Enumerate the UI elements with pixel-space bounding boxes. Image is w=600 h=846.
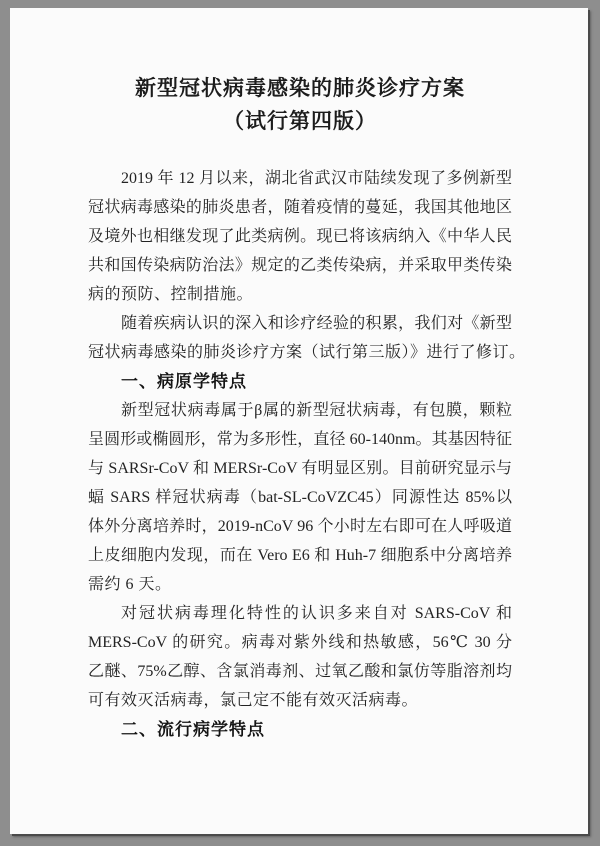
scanned-page: 新型冠状病毒感染的肺炎诊疗方案 （试行第四版） 2019 年 12 月以来，湖北…: [10, 8, 588, 834]
text-line: 上皮细胞内发现，而在 Vero E6 和 Huh-7 细胞系中分离培养: [88, 541, 512, 570]
text-line: 蝠 SARS 样冠状病毒（bat-SL-CoVZC45）同源性达 85%以上。: [88, 483, 512, 512]
text-line: 冠状病毒感染的肺炎诊疗方案（试行第三版）》进行了修订。: [88, 338, 512, 367]
text-line: 与 SARSr-CoV 和 MERSr-CoV 有明显区别。目前研究显示与蝙: [88, 454, 512, 483]
text-line: 冠状病毒感染的肺炎患者，随着疫情的蔓延，我国其他地区: [88, 193, 512, 222]
section-heading: 一、病原学特点: [88, 367, 512, 396]
section-heading: 二、流行病学特点: [88, 715, 512, 744]
title-line-1: 新型冠状病毒感染的肺炎诊疗方案: [88, 72, 512, 105]
document-content: 新型冠状病毒感染的肺炎诊疗方案 （试行第四版） 2019 年 12 月以来，湖北…: [88, 8, 512, 744]
text-line: 可有效灭活病毒，氯己定不能有效灭活病毒。: [88, 686, 512, 715]
text-line: 对冠状病毒理化特性的认识多来自对 SARS-CoV 和: [88, 599, 512, 628]
text-line: 2019 年 12 月以来，湖北省武汉市陆续发现了多例新型: [88, 164, 512, 193]
text-line: MERS-CoV 的研究。病毒对紫外线和热敏感，56℃ 30 分钟、: [88, 628, 512, 657]
text-line: 新型冠状病毒属于β属的新型冠状病毒，有包膜，颗粒: [88, 396, 512, 425]
text-line: 体外分离培养时，2019-nCoV 96 个小时左右即可在人呼吸道: [88, 512, 512, 541]
text-line: 随着疾病认识的深入和诊疗经验的积累，我们对《新型: [88, 309, 512, 338]
text-line: 病的预防、控制措施。: [88, 280, 512, 309]
document-title: 新型冠状病毒感染的肺炎诊疗方案 （试行第四版）: [88, 72, 512, 138]
text-line: 需约 6 天。: [88, 570, 512, 599]
text-line: 共和国传染病防治法》规定的乙类传染病，并采取甲类传染: [88, 251, 512, 280]
text-line: 及境外也相继发现了此类病例。现已将该病纳入《中华人民: [88, 222, 512, 251]
text-line: 乙醚、75%乙醇、含氯消毒剂、过氧乙酸和氯仿等脂溶剂均: [88, 657, 512, 686]
document-body: 2019 年 12 月以来，湖北省武汉市陆续发现了多例新型冠状病毒感染的肺炎患者…: [88, 164, 512, 744]
title-line-2: （试行第四版）: [88, 105, 512, 138]
text-line: 呈圆形或椭圆形，常为多形性，直径 60-140nm。其基因特征: [88, 425, 512, 454]
